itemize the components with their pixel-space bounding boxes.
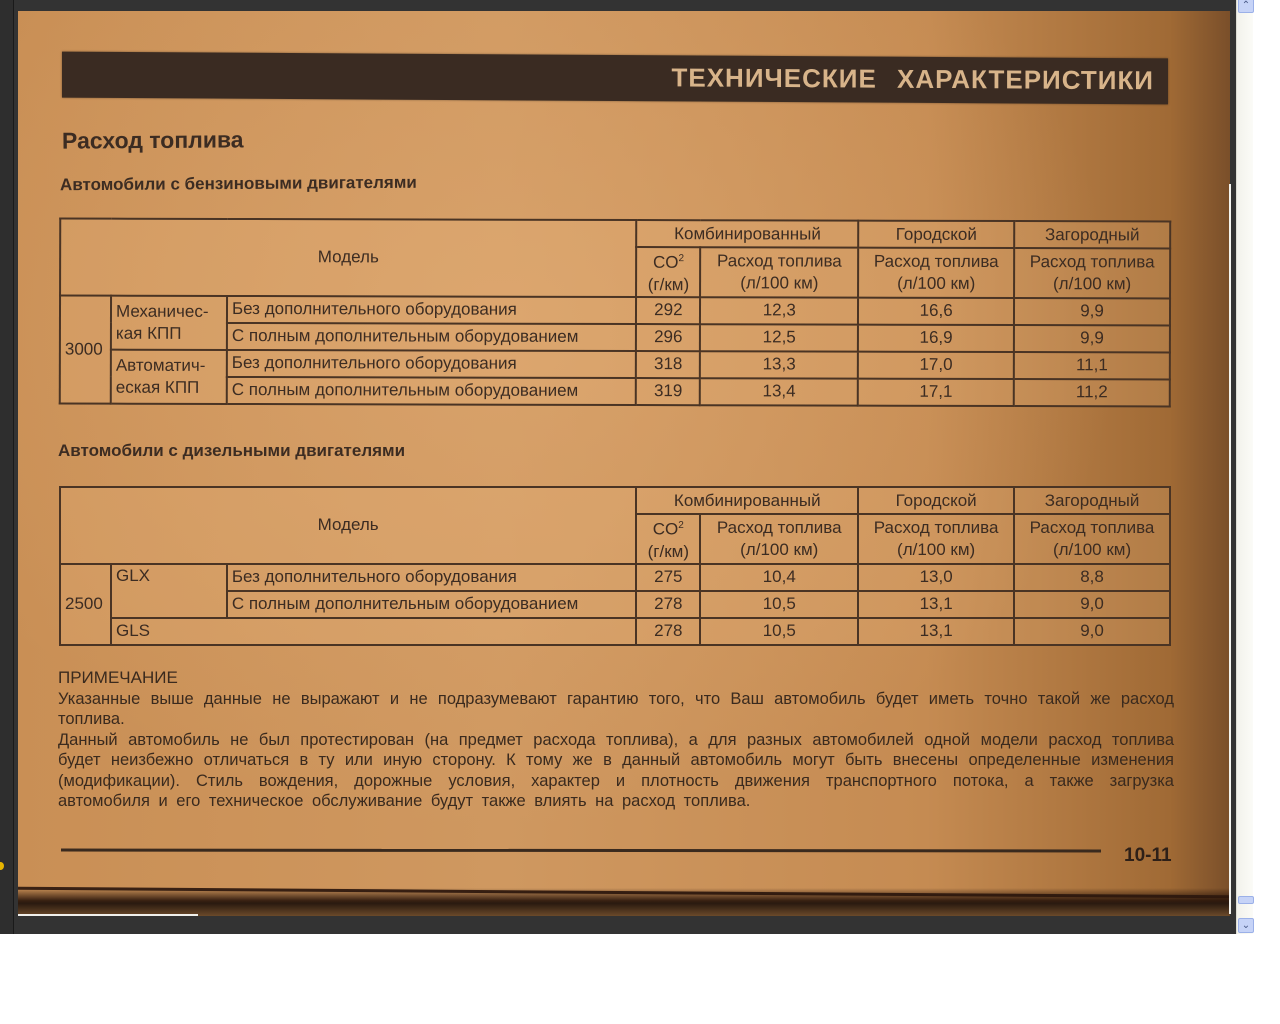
co2-header: CO2(г/км) [636,514,700,564]
note-title: ПРИМЕЧАНИЕ [58,668,1174,689]
engine-cell: 3000 [60,295,111,403]
co2-cell: 275 [636,564,700,591]
note-paragraph: Указанные выше данные не выражают и не п… [58,689,1174,730]
left-panel-edge [0,0,14,934]
chevron-up-icon[interactable]: ⌃ [1238,0,1254,13]
diesel-heading: Автомобили с дизельными двигателями [58,441,405,461]
city-cell: 17,1 [858,378,1014,405]
trim-cell: GLS [111,618,636,645]
co2-cell: 278 [636,591,700,618]
city-header: Городской [858,221,1014,248]
highway-cell: 11,2 [1014,379,1170,406]
equipment-cell: Без дополнительного оборудования [227,564,636,591]
highway-cell: 9,9 [1014,325,1170,352]
co2-cell: 278 [636,618,700,645]
combined-cell: 12,5 [700,324,858,351]
equipment-cell: Без дополнительного оборудования [227,296,636,324]
highway-cell: 11,1 [1014,352,1170,379]
city-fuel-header: Расход топлива(л/100 км) [858,248,1014,298]
highway-header: Загородный [1014,221,1170,248]
city-cell: 17,0 [858,351,1014,378]
highway-header: Загородный [1014,487,1170,514]
page-number: 10-11 [1124,845,1172,867]
highway-fuel-header: Расход топлива(л/100 км) [1014,248,1170,298]
document-photo: ТЕХНИЧЕСКИЕ ХАРАКТЕРИСТИКИ Расход топлив… [18,11,1230,916]
city-cell: 16,9 [858,324,1014,351]
petrol-consumption-table: Модель Комбинированный Городской Загород… [59,218,1171,408]
co2-header: CO2(г/км) [636,247,700,297]
section-banner-title: ТЕХНИЧЕСКИЕ ХАРАКТЕРИСТИКИ [671,62,1154,96]
manual-page: ТЕХНИЧЕСКИЕ ХАРАКТЕРИСТИКИ Расход топлив… [18,11,1230,916]
gearbox-cell: Автоматич-еская КПП [111,349,227,403]
co2-cell: 319 [636,378,700,405]
vertical-scrollbar[interactable]: ⌃ ⌄ [1236,0,1253,934]
highway-fuel-header: Расход топлива(л/100 км) [1014,514,1170,564]
highway-cell: 9,9 [1014,298,1170,325]
combined-fuel-header: Расход топлива(л/100 км) [700,514,858,564]
model-header: Модель [60,219,637,297]
gearbox-cell: Механичес-кая КПП [111,295,227,349]
table-row: С полным дополнительным оборудованием 27… [60,591,1170,618]
equipment-cell: С полным дополнительным оборудованием [227,323,636,351]
table-row: 3000 Механичес-кая КПП Без дополнительно… [60,295,1170,325]
scrollbar-thumb[interactable] [1238,896,1254,904]
photo-border [1229,184,1231,914]
city-fuel-header: Расход топлива(л/100 км) [858,514,1014,564]
model-header: Модель [60,487,636,564]
equipment-cell: С полным дополнительным оборудованием [227,591,636,618]
co2-cell: 292 [636,297,700,324]
city-cell: 13,0 [858,564,1014,591]
highway-cell: 8,8 [1014,564,1170,591]
highway-cell: 9,0 [1014,618,1170,645]
trim-cell: GLX [111,564,227,618]
diesel-consumption-table: Модель Комбинированный Городской Загород… [59,486,1171,646]
photo-bottom-shadow [18,888,1230,916]
petrol-heading: Автомобили с бензиновыми двигателями [60,173,417,195]
table-row: GLS 278 10,5 13,1 9,0 [60,618,1170,645]
city-header: Городской [858,487,1014,514]
highway-cell: 9,0 [1014,591,1170,618]
equipment-cell: Без дополнительного оборудования [227,350,636,378]
note-paragraph: Данный автомобиль не был протестирован (… [58,730,1174,812]
section-banner: ТЕХНИЧЕСКИЕ ХАРАКТЕРИСТИКИ [62,52,1168,105]
table-row: С полным дополнительным оборудованием 31… [60,376,1170,406]
combined-cell: 13,4 [700,378,858,405]
combined-cell: 10,5 [700,618,858,645]
combined-cell: 10,4 [700,564,858,591]
page-title: Расход топлива [62,126,244,154]
combined-cell: 10,5 [700,591,858,618]
co2-cell: 296 [636,324,700,351]
equipment-cell: С полным дополнительным оборудованием [227,377,636,405]
combined-cell: 12,3 [700,297,858,324]
engine-cell: 2500 [60,564,111,645]
combined-fuel-header: Расход топлива(л/100 км) [700,247,858,297]
status-dot-icon [0,862,4,870]
combined-cell: 13,3 [700,351,858,378]
table-row: С полным дополнительным оборудованием 29… [60,322,1170,352]
chevron-down-icon[interactable]: ⌄ [1238,918,1254,933]
note-block: ПРИМЕЧАНИЕ Указанные выше данные не выра… [58,668,1174,812]
image-viewer: ТЕХНИЧЕСКИЕ ХАРАКТЕРИСТИКИ Расход топлив… [0,0,1236,934]
table-row: 2500 GLX Без дополнительного оборудовани… [60,564,1170,591]
city-cell: 13,1 [858,618,1014,645]
combined-header: Комбинированный [636,487,858,514]
photo-border [18,914,198,916]
footer-divider [61,849,1101,853]
combined-header: Комбинированный [637,220,859,248]
table-row: Автоматич-еская КПП Без дополнительного … [60,349,1170,379]
city-cell: 13,1 [858,591,1014,618]
city-cell: 16,6 [858,297,1014,324]
co2-cell: 318 [636,351,700,378]
